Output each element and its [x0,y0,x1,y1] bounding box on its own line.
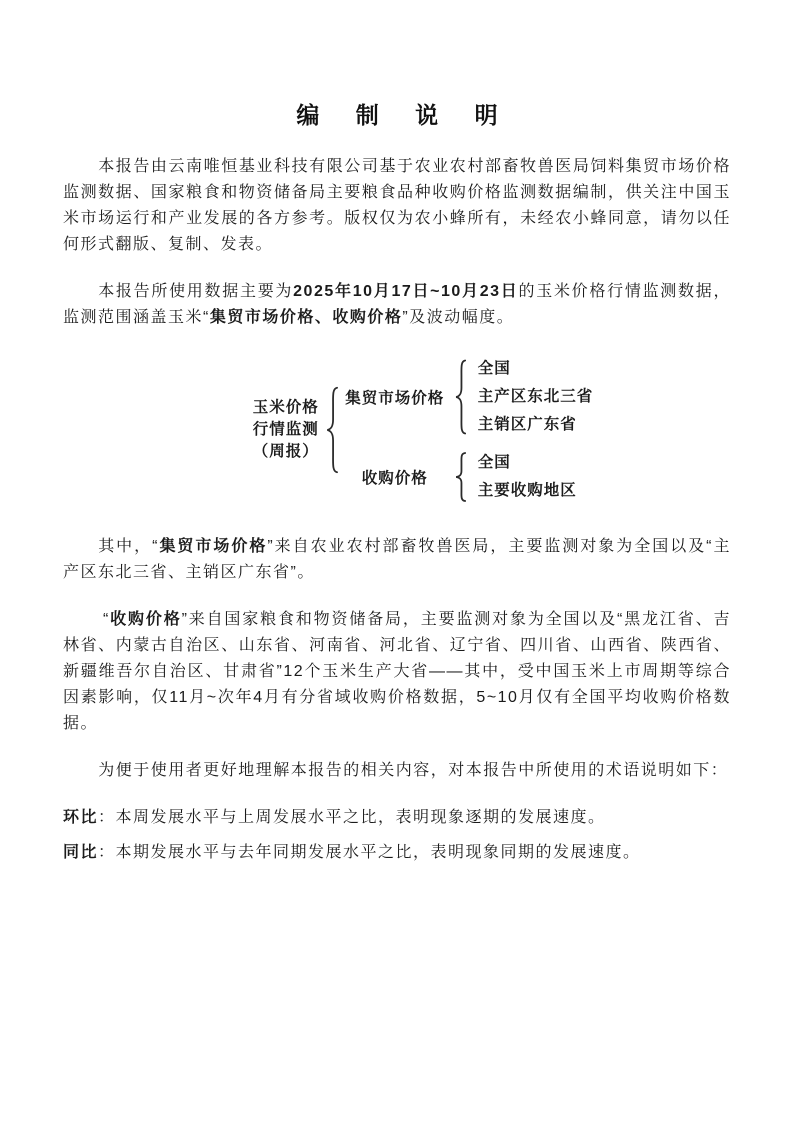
paragraph-market-price: 其中，“集贸市场价格”来自农业农村部畜牧兽医局，主要监测对象为全国以及“主产区东… [63,534,731,586]
diagram-root-line: 玉米价格 [253,397,319,419]
diagram-leaf: 主销区广东省 [478,411,594,439]
text-segment: ”及波动幅度。 [402,309,514,326]
curly-brace-icon [454,452,466,502]
page-title: 编 制 说 明 [63,97,731,130]
diagram-branch-label: 收购价格 [345,466,445,488]
diagram-leaf: 主产区东北三省 [478,383,594,411]
term-definition-text: ：本期发展水平与去年同期发展水平之比，表明现象同期的发展速度。 [98,844,641,861]
text-segment: ”来自国家粮食和物资储备局，主要监测对象为全国以及“黑龙江省、吉林省、内蒙古自治… [63,611,731,732]
paragraph-terms-intro: 为便于使用者更好地理解本报告的相关内容，对本报告中所使用的术语说明如下： [63,758,731,784]
diagram-root-line: 行情监测 [253,419,319,441]
diagram-branch-purchase-price: 收购价格 全国 主要收购地区 [345,449,594,505]
text-segment-bold: 集贸市场价格 [159,538,267,555]
diagram-leaf: 全国 [478,355,594,383]
text-segment: 本报告所使用数据主要为 [98,283,293,300]
curly-brace-icon [325,386,338,474]
diagram-leaf: 主要收购地区 [478,477,577,505]
paragraph-purchase-price: “收购价格”来自国家粮食和物资储备局，主要监测对象为全国以及“黑龙江省、吉林省、… [63,607,731,737]
diagram-branch-market-price: 集贸市场价格 全国 主产区东北三省 主销区广东省 [345,355,594,439]
paragraph-intro: 本报告由云南唯恒基业科技有限公司基于农业农村部畜牧兽医局饲料集贸市场价格监测数据… [63,154,731,258]
diagram-leaves: 全国 主要收购地区 [478,449,577,505]
text-segment: 其中，“ [98,538,159,555]
paragraph-data-scope: 本报告所使用数据主要为2025年10月17日~10月23日的玉米价格行情监测数据… [63,279,731,331]
term-label: 同比 [63,844,98,861]
diagram-root-line: （周报） [253,441,319,463]
text-segment-bold: 收购价格 [110,611,182,628]
term-label: 环比 [63,809,98,826]
diagram-root-label: 玉米价格 行情监测 （周报） [253,397,319,463]
term-definition-text: ：本周发展水平与上周发展水平之比，表明现象逐期的发展速度。 [98,809,606,826]
curly-brace-icon [454,359,466,435]
text-segment-bold: 2025年10月17日~10月23日 [293,283,518,300]
diagram-leaves: 全国 主产区东北三省 主销区广东省 [478,355,594,439]
monitoring-scope-diagram: 玉米价格 行情监测 （周报） 集贸市场价格 全国 主产区东北三省 主销区广东省 … [89,355,757,505]
diagram-branches: 集贸市场价格 全国 主产区东北三省 主销区广东省 收购价格 全国 主要收购地区 [345,355,594,505]
diagram-branch-label: 集贸市场价格 [345,386,445,408]
text-segment: “ [103,611,110,628]
text-segment-bold: 集贸市场价格、收购价格 [210,309,403,326]
term-definition-yoy: 同比：本期发展水平与去年同期发展水平之比，表明现象同期的发展速度。 [63,840,731,866]
term-definition-mom: 环比：本周发展水平与上周发展水平之比，表明现象逐期的发展速度。 [63,805,731,831]
report-page: 编 制 说 明 本报告由云南唯恒基业科技有限公司基于农业农村部畜牧兽医局饲料集贸… [0,0,794,866]
diagram-leaf: 全国 [478,449,577,477]
